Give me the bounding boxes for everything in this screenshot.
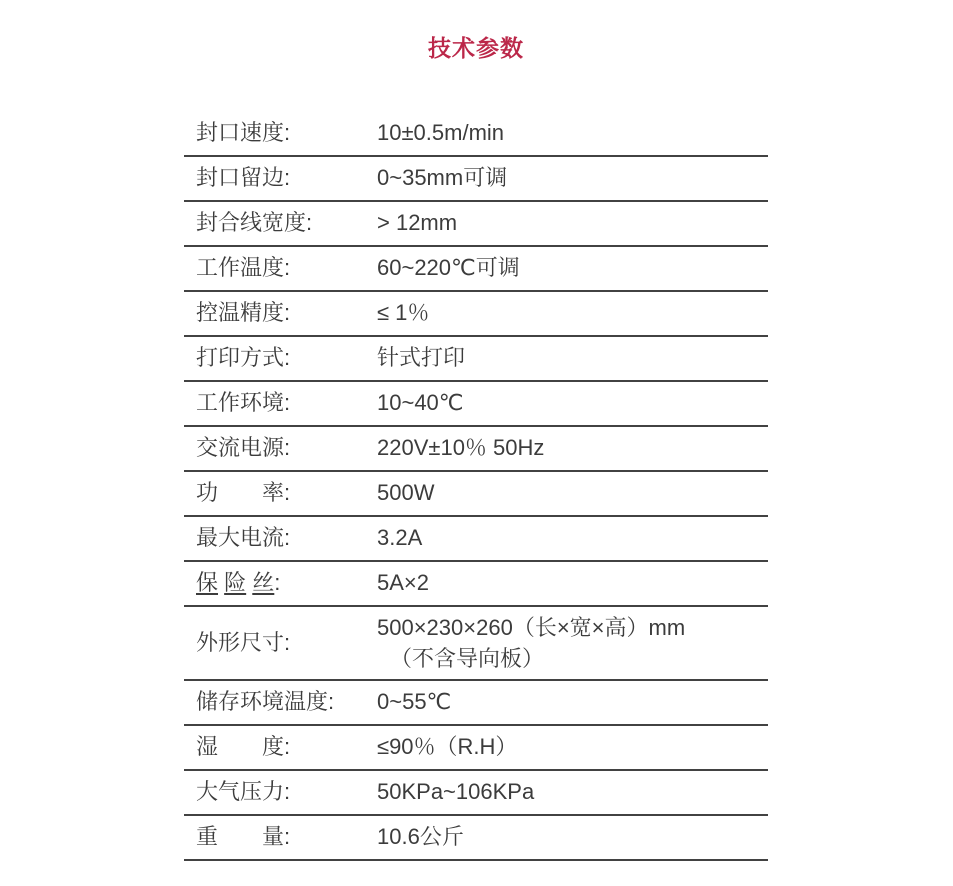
param-label: 控温精度: — [184, 300, 377, 326]
param-label: 最大电流: — [184, 525, 377, 551]
param-value: > 12mm — [377, 210, 768, 236]
spec-table: 封口速度: 10±0.5m/min 封口留边: 0~35mm可调 封合线宽度: … — [184, 112, 768, 861]
page-title: 技术参数 — [184, 30, 768, 63]
table-row-weight: 重 量: 10.6公斤 — [184, 816, 768, 861]
param-value-line1: 500×230×260（长×宽×高）mm — [377, 612, 768, 643]
param-label: 湿 度: — [184, 734, 377, 760]
param-label: 交流电源: — [184, 435, 377, 461]
document-page: 技术参数 封口速度: 10±0.5m/min 封口留边: 0~35mm可调 封合… — [0, 0, 953, 886]
param-label: 重 量: — [184, 824, 377, 850]
param-label: 功 率: — [184, 480, 377, 506]
param-label: 封口速度: — [184, 120, 377, 146]
param-label: 储存环境温度: — [184, 689, 377, 715]
param-value: 500W — [377, 480, 768, 506]
param-label: 工作环境: — [184, 390, 377, 416]
table-row-storage-temp: 储存环境温度: 0~55℃ — [184, 681, 768, 726]
param-value: 500×230×260（长×宽×高）mm （不含导向板） — [377, 612, 768, 674]
param-label: 外形尺寸: — [184, 630, 377, 656]
param-value: 10.6公斤 — [377, 824, 768, 850]
table-row-atmos-pressure: 大气压力: 50KPa~106KPa — [184, 771, 768, 816]
table-row-seal-line-width: 封合线宽度: > 12mm — [184, 202, 768, 247]
param-label: 保 险 丝: — [184, 570, 377, 596]
param-value: 3.2A — [377, 525, 768, 551]
param-label: 打印方式: — [184, 345, 377, 371]
param-value: 50KPa~106KPa — [377, 779, 768, 805]
table-row-seal-margin: 封口留边: 0~35mm可调 — [184, 157, 768, 202]
param-value: 60~220℃可调 — [377, 255, 768, 281]
param-value: 5A×2 — [377, 570, 768, 596]
param-value-line2: （不含导向板） — [377, 643, 768, 674]
table-row-working-temp: 工作温度: 60~220℃可调 — [184, 247, 768, 292]
param-value: 220V±10％ 50Hz — [377, 435, 768, 461]
table-row-humidity: 湿 度: ≤90％（R.H） — [184, 726, 768, 771]
param-label: 封合线宽度: — [184, 210, 377, 236]
table-row-temp-accuracy: 控温精度: ≤ 1％ — [184, 292, 768, 337]
param-value: ≤ 1％ — [377, 300, 768, 326]
table-row-max-current: 最大电流: 3.2A — [184, 517, 768, 562]
table-row-fuse: 保 险 丝: 5A×2 — [184, 562, 768, 607]
param-label: 工作温度: — [184, 255, 377, 281]
table-row-print-mode: 打印方式: 针式打印 — [184, 337, 768, 382]
table-row-ac-power: 交流电源: 220V±10％ 50Hz — [184, 427, 768, 472]
param-label: 封口留边: — [184, 165, 377, 191]
param-value: 针式打印 — [377, 345, 768, 371]
table-row-working-env: 工作环境: 10~40℃ — [184, 382, 768, 427]
table-row-dimensions: 外形尺寸: 500×230×260（长×宽×高）mm （不含导向板） — [184, 607, 768, 681]
param-value: 10~40℃ — [377, 390, 768, 416]
table-row-power: 功 率: 500W — [184, 472, 768, 517]
param-value: 10±0.5m/min — [377, 120, 768, 146]
param-value: 0~55℃ — [377, 689, 768, 715]
param-label: 大气压力: — [184, 779, 377, 805]
table-row-seal-speed: 封口速度: 10±0.5m/min — [184, 112, 768, 157]
param-value: 0~35mm可调 — [377, 165, 768, 191]
param-value: ≤90％（R.H） — [377, 734, 768, 760]
